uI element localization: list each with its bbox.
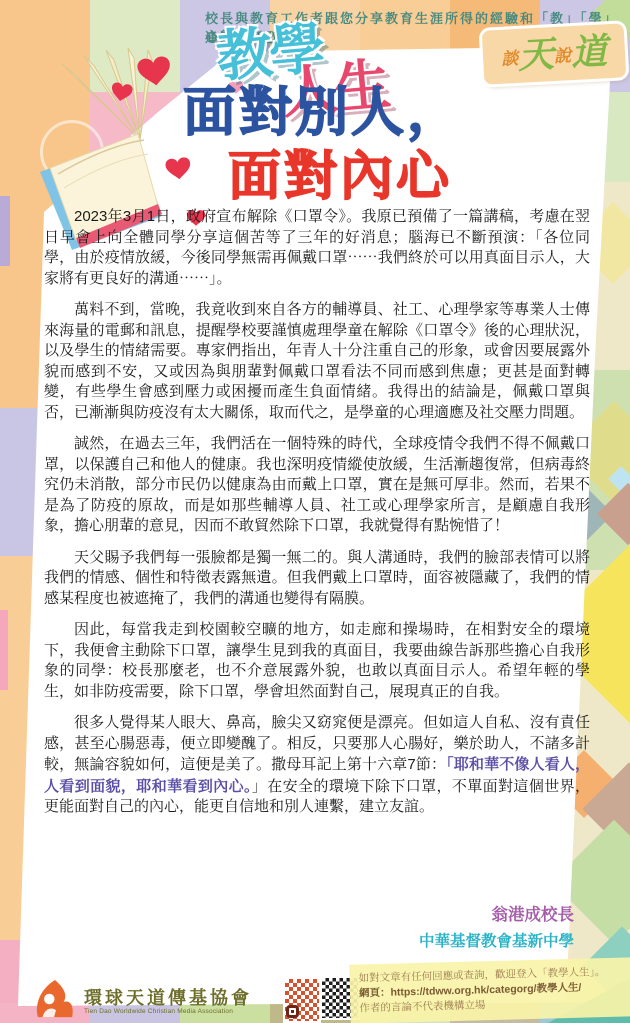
- author-school: 中華基督教會基新中學: [419, 929, 574, 951]
- footer-note-box: 如對文章有任何回應或查詢，歡迎登入「教學人生」。 網頁：https://tdww…: [349, 957, 630, 1023]
- article-paragraph: 因此，每當我走到校園較空曠的地方，如走廊和操場時，在相對安全的環境下，我便會主動…: [44, 620, 590, 702]
- brand-logo-tan-tian-shuo-dao: 談 天 說 道: [482, 23, 627, 84]
- article-paragraph: 萬料不到，當晚，我竟收到來自各方的輔導員、社工、心理學家等專業人士傳來海量的電郵…: [44, 300, 590, 423]
- brand-char: 天: [517, 36, 555, 74]
- article-paragraph: 天父賜予我們每一張臉都是獨一無二的。與人溝通時，我們的臉部表情可以將我們的情感、…: [44, 548, 590, 610]
- organization-name-cn: 環球天道傳基協會: [84, 988, 252, 1008]
- qr-code-orange: [283, 977, 321, 1023]
- article-title-line1: 面對別人，: [183, 86, 463, 139]
- author-name: 翁港成校長: [419, 901, 574, 925]
- organization-logo-block: 環球天道傳基協會 Tien Dao Worldwide Christian Me…: [34, 979, 252, 1023]
- newsletter-page: { "colors": { "title_blue": "#2B53A0", "…: [0, 0, 630, 1023]
- article-paragraph-with-quote: 很多人覺得某人眼大、鼻高，臉尖又窈窕便是漂亮。但如這人自私、沒有責任感，甚至心腸…: [44, 713, 590, 818]
- brand-char: 道: [570, 33, 608, 71]
- article-paragraph: 誠然，在過去三年，我們活在一個特殊的時代，全球疫情令我們不得不佩戴口罩，以保護自…: [44, 434, 590, 537]
- organization-name-en: Tien Dao Worldwide Christian Media Assoc…: [84, 1008, 252, 1015]
- tiendao-logo-icon: [34, 979, 76, 1023]
- article-body: 2023年3月1日，政府宣布解除《口罩令》。我原已預備了一篇講稿，考慮在翌日早會…: [44, 207, 590, 829]
- signature-block: 翁港成校長 中華基督教會基新中學: [419, 901, 574, 951]
- article-paragraph: 2023年3月1日，政府宣布解除《口罩令》。我原已預備了一篇講稿，考慮在翌日早會…: [44, 207, 590, 289]
- brand-char: 說: [553, 41, 571, 67]
- brand-char: 談: [500, 43, 518, 69]
- article-title-line2: 面對內心: [228, 150, 452, 203]
